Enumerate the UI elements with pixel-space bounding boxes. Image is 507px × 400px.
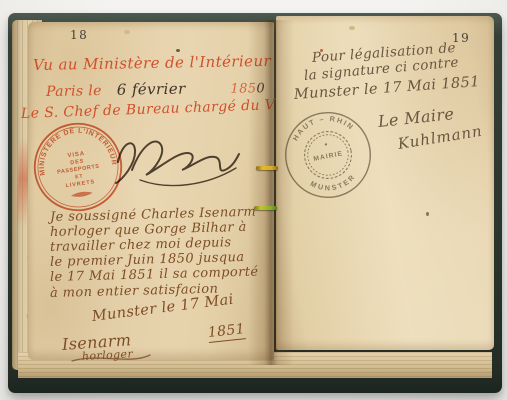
binding-stitch-green xyxy=(254,206,277,210)
visa-note-line-2: Paris le 6 février 1850 xyxy=(46,78,265,100)
visa-official-signature-flourish xyxy=(108,128,246,192)
visa-place: Paris le xyxy=(46,83,102,100)
visa-note-line-1: Vu au Ministère de l'Intérieur xyxy=(33,52,271,74)
photo-backdrop: 18 Vu au Ministère de l'Intérieur Paris … xyxy=(0,0,507,400)
foxing-spot xyxy=(349,26,355,30)
employer-note-year: 1851 xyxy=(207,321,246,341)
visa-date: 6 février xyxy=(117,80,186,99)
mairie-stamp-graphic: HAUT – RHIN MUNSTER MAIRIE xyxy=(275,102,381,208)
employer-note-year-text: 1851 xyxy=(207,321,246,343)
foxing-spot xyxy=(176,49,180,52)
signature-flourish-graphic xyxy=(108,128,246,192)
ministry-stamp-ornament xyxy=(71,191,94,199)
mairie-stamp-center: MAIRIE xyxy=(313,150,344,163)
foxing-spot xyxy=(124,30,130,34)
visa-year: 185 xyxy=(230,81,256,96)
ministry-stamp-center-4: ET xyxy=(75,173,84,180)
mairie-munster-stamp: HAUT – RHIN MUNSTER MAIRIE xyxy=(275,102,381,208)
visa-year-last-digit: 0 xyxy=(256,81,265,96)
left-page: 18 Vu au Ministère de l'Intérieur Paris … xyxy=(28,22,274,360)
employer-signature-title: horloger xyxy=(82,347,134,363)
passport-book: 18 Vu au Ministère de l'Intérieur Paris … xyxy=(8,13,502,393)
binding-stitch-yellow xyxy=(256,166,278,170)
left-page-number: 18 xyxy=(70,28,88,42)
mairie-stamp-dot xyxy=(325,143,328,146)
foxing-spot xyxy=(426,212,429,216)
right-page: 19 Pour légalisation de la signature ci … xyxy=(276,16,494,350)
ministry-stamp-center-5: LIVRETS xyxy=(65,179,95,189)
visa-note-line-3: Le S. Chef de Bureau chargé du Visa xyxy=(21,96,297,122)
